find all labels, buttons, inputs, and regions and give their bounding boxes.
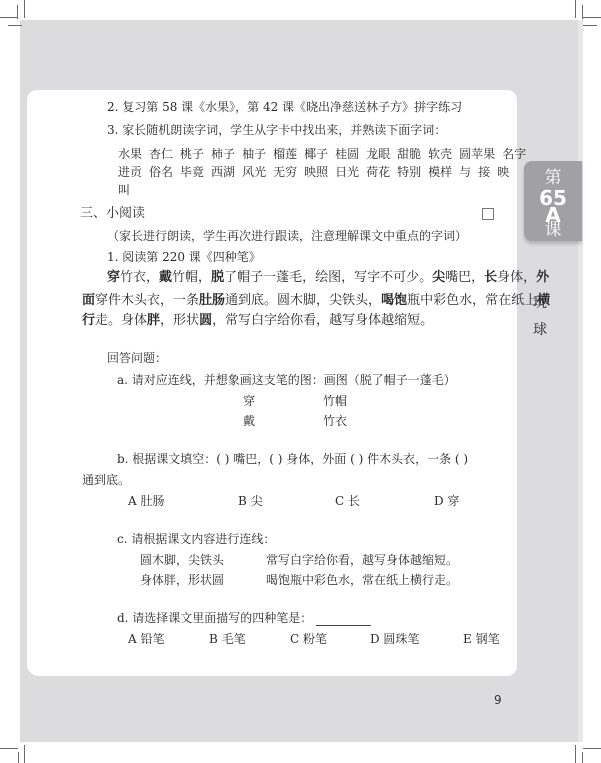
crop-mark xyxy=(0,748,18,749)
passage-line-1: 穿竹衣，戴竹帽，脱了帽子一蓬毛，绘图，写字不可少。尖嘴巴，长身体，外 xyxy=(107,270,549,286)
match-right-item: 常写白字给你看，越写身体越缩短。 xyxy=(266,552,458,568)
crop-mark xyxy=(24,0,25,18)
word: 日光 xyxy=(335,164,359,180)
passage-text: 嘴巴， xyxy=(445,270,484,285)
key-char: 外 xyxy=(536,270,549,285)
word: 叫 xyxy=(118,182,130,198)
question-b-prompt-cont: 通到底。 xyxy=(82,472,130,488)
crop-mark xyxy=(575,0,576,18)
crop-mark xyxy=(583,25,597,26)
word: 桂圆 xyxy=(335,146,359,162)
passage-text: 通到底。圆木脚，尖铁头， xyxy=(225,293,381,308)
word: 甜脆 xyxy=(397,146,421,162)
section-heading: 三、小阅读 xyxy=(80,206,145,222)
reading-title: 1. 阅读第 220 课《四种笔》 xyxy=(107,249,261,265)
word: 圆苹果 xyxy=(459,146,495,162)
crop-mark xyxy=(583,17,601,18)
word: 椰子 xyxy=(304,146,328,162)
key-char: 戴 xyxy=(159,270,172,285)
word: 名字 xyxy=(502,146,526,162)
page-number: 9 xyxy=(494,693,502,707)
passage-text: 竹帽， xyxy=(172,270,211,285)
key-char: 尖 xyxy=(432,270,445,285)
word: 杏仁 xyxy=(149,146,173,162)
match-left-item: 穿 xyxy=(243,393,255,409)
crop-mark xyxy=(583,748,601,749)
passage-text: ，常写白字给你看，越写身体越缩短。 xyxy=(212,313,433,328)
word: 与 xyxy=(459,164,471,180)
word: 榴莲 xyxy=(273,146,297,162)
lesson-tab-prefix: 第 xyxy=(524,169,582,187)
word: 柚子 xyxy=(242,146,266,162)
question-d-option: C 粉笔 xyxy=(290,631,327,647)
word: 俗名 xyxy=(149,164,173,180)
crop-mark xyxy=(582,752,583,763)
passage-text: 走。身体 xyxy=(95,313,147,328)
question-c-prompt: c. 请根据课文内容进行连线： xyxy=(117,531,275,547)
question-d-text: d. 请选择课文里面描写的四种笔是： xyxy=(117,611,312,625)
passage-text: 穿件木头衣，一条 xyxy=(95,293,199,308)
question-d-option: E 钢笔 xyxy=(463,631,500,647)
key-char: 喝饱 xyxy=(381,293,407,308)
key-char: 面 xyxy=(82,293,95,308)
passage-text: ，形状 xyxy=(160,313,199,328)
word: 映 xyxy=(497,164,509,180)
crop-mark xyxy=(0,17,18,18)
question-b-option: B 尖 xyxy=(238,493,263,509)
passage-text: 身体， xyxy=(497,270,536,285)
crop-mark xyxy=(24,745,25,763)
question-b-option: C 长 xyxy=(335,493,360,509)
crop-mark xyxy=(17,5,18,19)
word: 进贡 xyxy=(118,164,142,180)
question-d-option: B 毛笔 xyxy=(209,631,246,647)
match-left-item: 圆木脚，尖铁头 xyxy=(140,552,224,568)
word: 毕竟 xyxy=(180,164,204,180)
side-title-char: 球 xyxy=(528,319,552,339)
word-list-row-1: 水果杏仁桃子柿子柚子榴莲椰子桂圆龙眼甜脆软壳圆苹果名字 xyxy=(118,146,533,162)
word: 特别 xyxy=(397,164,421,180)
match-left-item: 戴 xyxy=(243,413,255,429)
question-b-option: D 穿 xyxy=(434,493,459,509)
lesson-tab: 第 65 A 课 xyxy=(524,161,582,241)
match-right-item: 竹帽 xyxy=(323,393,347,409)
key-char: 穿 xyxy=(107,270,120,285)
answer-blank[interactable] xyxy=(316,613,371,626)
question-b-option: A 肚肠 xyxy=(128,493,164,509)
passage-text: 竹衣， xyxy=(120,270,159,285)
word: 荷花 xyxy=(366,164,390,180)
question-a-prompt: a. 请对应连线，并想象画这支笔的图：画图（脱了帽子一蓬毛） xyxy=(117,372,456,388)
key-char: 横 xyxy=(537,293,550,308)
match-right-item: 竹衣 xyxy=(323,413,347,429)
reading-instruction: （家长进行朗读，学生再次进行跟读，注意理解课文中重点的字词） xyxy=(107,228,467,244)
passage-line-2: 面穿件木头衣，一条肚肠通到底。圆木脚，尖铁头，喝饱瓶中彩色水，常在纸上横 xyxy=(82,293,550,309)
lesson-tab-suffix: 课 xyxy=(524,221,582,239)
crop-mark xyxy=(575,745,576,763)
word-list-row-3: 叫 xyxy=(118,182,137,198)
word: 柿子 xyxy=(211,146,235,162)
question-d-option: A 铅笔 xyxy=(128,631,164,647)
question-d-prompt: d. 请选择课文里面描写的四种笔是： xyxy=(117,610,371,626)
question-d-option: D 圆珠笔 xyxy=(370,631,419,647)
section-checkbox[interactable] xyxy=(482,208,494,220)
crop-mark xyxy=(18,752,19,763)
passage-line-3: 行走。身体胖，形状圆，常写白字给你看，越写身体越缩短。 xyxy=(82,313,433,329)
match-right-item: 喝饱瓶中彩色水，常在纸上横行走。 xyxy=(266,572,458,588)
page-edge xyxy=(578,20,583,742)
crop-mark xyxy=(8,25,22,26)
word: 桃子 xyxy=(180,146,204,162)
word-list-row-2: 进贡俗名毕竟西湖风光无穷映照日光荷花特别模样与接映 xyxy=(118,164,516,180)
word: 接 xyxy=(478,164,490,180)
key-char: 肚肠 xyxy=(199,293,225,308)
review-item-2: 2. 复习第 58 课《水果》，第 42 课《晓出净慈送林子方》拼字练习 xyxy=(107,99,462,115)
review-item-3: 3. 家长随机朗读字词，学生从字卡中找出来，并熟读下面字词： xyxy=(107,122,446,138)
word: 无穷 xyxy=(273,164,297,180)
crop-mark xyxy=(582,5,583,19)
word: 映照 xyxy=(304,164,328,180)
passage-text: 了帽子一蓬毛，绘图，写字不可少。 xyxy=(224,270,432,285)
word: 水果 xyxy=(118,146,142,162)
word: 软壳 xyxy=(428,146,452,162)
passage-text: 瓶中彩色水，常在纸上 xyxy=(407,293,537,308)
word: 龙眼 xyxy=(366,146,390,162)
word: 模样 xyxy=(428,164,452,180)
match-left-item: 身体胖，形状圆 xyxy=(140,572,224,588)
word: 西湖 xyxy=(211,164,235,180)
word: 风光 xyxy=(242,164,266,180)
question-b-prompt: b. 根据课文填空：( ) 嘴巴，( ) 身体，外面 ( ) 件木头衣，一条 (… xyxy=(117,451,468,467)
key-char: 长 xyxy=(484,270,497,285)
key-char: 脱 xyxy=(211,270,224,285)
key-char: 行 xyxy=(82,313,95,328)
key-char: 圆 xyxy=(199,313,212,328)
key-char: 胖 xyxy=(147,313,160,328)
questions-label: 回答问题： xyxy=(107,350,167,366)
